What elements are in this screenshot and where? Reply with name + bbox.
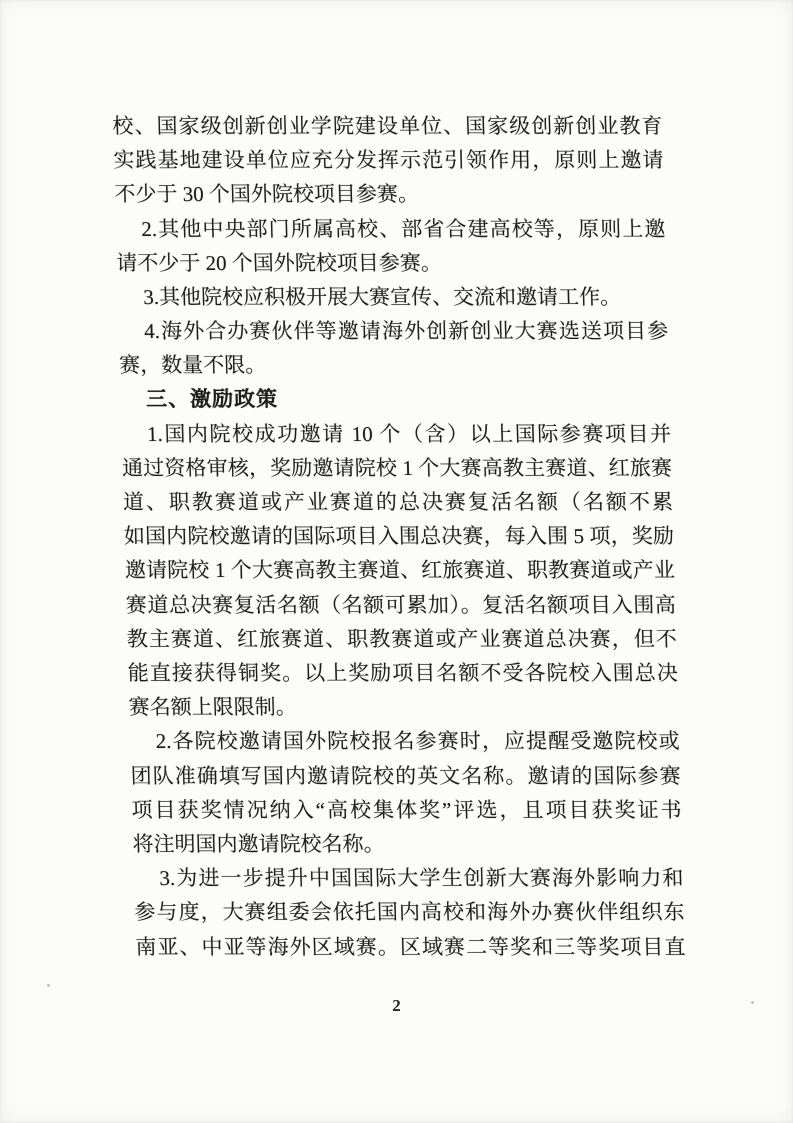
text-line: 不少于 30 个国外院校项目参赛。 (114, 177, 665, 211)
text-line: 赛，数量不限。 (119, 348, 670, 382)
text-line: 3.为进一步提升中国国际大学生创新大赛海外影响力和 (133, 861, 684, 895)
text-line: 校、国家级创新创业学院建设单位、国家级创新创业教育 (112, 109, 663, 143)
text-line: 项目获奖情况纳入“高校集体奖”评选，且项目获奖证书 (131, 793, 682, 827)
text-line: 3.其他院校应积极开展大赛宣传、交流和邀请工作。 (117, 280, 668, 314)
section-heading: 三、激励政策 (120, 383, 671, 417)
text-line: 赛道总决赛复活名额（名额可累加）。复活名额项目入围高 (125, 588, 676, 622)
text-line: 2.其他中央部门所属高校、部省合建高校等，原则上邀 (115, 212, 666, 246)
text-line: 教主赛道、红旅赛道、职教赛道或产业赛道总决赛，但不 (126, 622, 677, 656)
page-number: 2 (0, 996, 793, 1016)
text-line: 4.海外合办赛伙伴等邀请海外创新创业大赛选送项目参 (118, 314, 669, 348)
scan-speck (751, 1001, 754, 1004)
text-line: 通过资格审核，奖励邀请院校 1 个大赛高教主赛道、红旅赛 (122, 451, 673, 485)
scan-speck (47, 984, 50, 987)
text-line: 1.国内院校成功邀请 10 个（含）以上国际参赛项目并 (121, 417, 672, 451)
text-line: 请不少于 20 个国外院校项目参赛。 (116, 246, 667, 280)
scanned-document-page: 校、国家级创新创业学院建设单位、国家级创新创业教育实践基地建设单位应充分发挥示范… (0, 0, 793, 1123)
text-line: 赛名额上限限制。 (128, 690, 679, 724)
text-line: 团队准确填写国内邀请院校的英文名称。邀请的国际参赛 (130, 759, 681, 793)
text-line: 南亚、中亚等海外区域赛。区域赛二等奖和三等奖项目直 (135, 930, 686, 964)
text-line: 如国内院校邀请的国际项目入围总决赛，每入围 5 项，奖励 (123, 519, 674, 553)
text-line: 邀请院校 1 个大赛高教主赛道、红旅赛道、职教赛道或产业 (124, 553, 675, 587)
text-line: 2.各院校邀请国外院校报名参赛时，应提醒受邀院校或 (129, 724, 680, 758)
text-line: 将注明国内邀请院校名称。 (132, 827, 683, 861)
text-line: 实践基地建设单位应充分发挥示范引领作用，原则上邀请 (113, 143, 664, 177)
text-line: 参与度，大赛组委会依托国内高校和海外办赛伙伴组织东 (134, 895, 685, 929)
text-line: 能直接获得铜奖。以上奖励项目名额不受各院校入围总决 (127, 656, 678, 690)
text-block: 校、国家级创新创业学院建设单位、国家级创新创业教育实践基地建设单位应充分发挥示范… (112, 109, 686, 964)
text-line: 道、职教赛道或产业赛道的总决赛复活名额（名额不累加）。 (123, 485, 674, 519)
